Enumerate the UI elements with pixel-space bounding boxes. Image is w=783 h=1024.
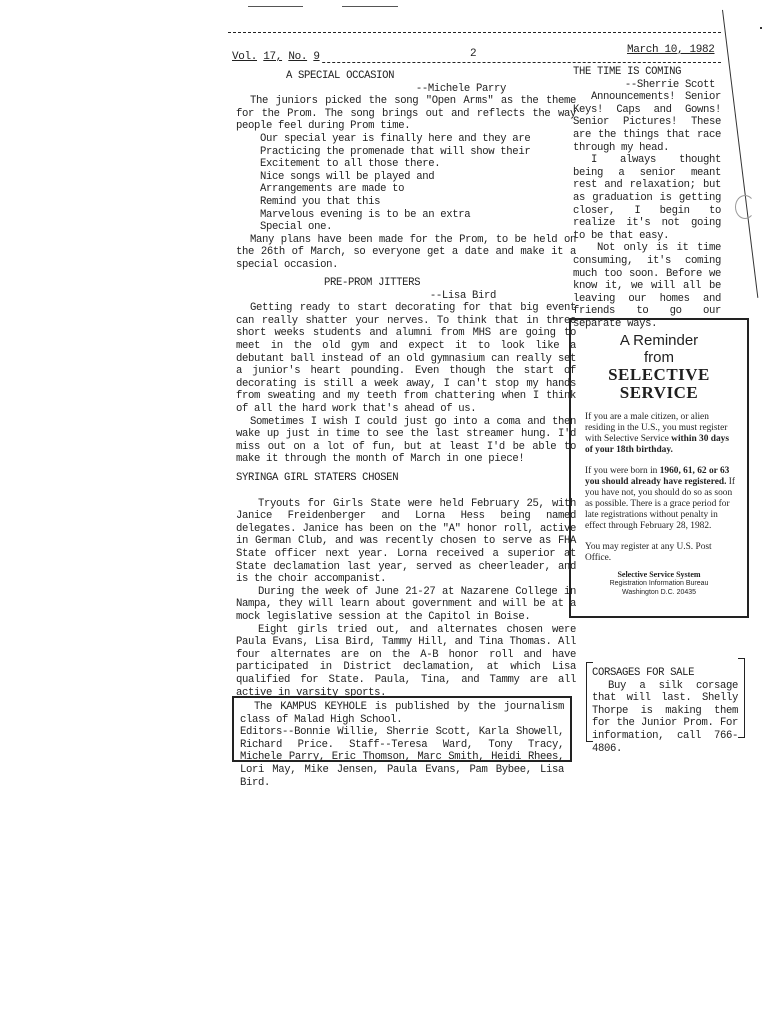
article-time-is-coming: THE TIME IS COMING --Sherrie Scott Annou… bbox=[573, 66, 721, 330]
article-paragraph: Eight girls tried out, and alternates ch… bbox=[236, 624, 576, 700]
article-paragraph: During the week of June 21-27 at Nazaren… bbox=[236, 586, 576, 624]
masthead-publisher: The KAMPUS KEYHOLE is published by the j… bbox=[240, 701, 564, 726]
notice-body: Buy a silk corsage that will last. Shell… bbox=[592, 680, 738, 756]
ad-paragraph: If you are a male citizen, or alien resi… bbox=[571, 412, 747, 456]
ad-heading-bold: SERVICE bbox=[571, 384, 747, 402]
article-paragraph: Announcements! Senior Keys! Caps and Gow… bbox=[573, 91, 721, 154]
article-paragraph: Tryouts for Girls State were held Februa… bbox=[236, 498, 576, 586]
scan-mark bbox=[342, 6, 398, 8]
ad-org: Selective Service System bbox=[571, 570, 747, 579]
volume-issue: Vol. 17, No. 9 bbox=[232, 51, 322, 64]
ad-paragraph: If you were born in 1960, 61, 62 or 63 y… bbox=[571, 466, 747, 532]
article-byline: --Michele Parry bbox=[236, 83, 576, 96]
selective-service-ad: A Reminder from SELECTIVE SERVICE If you… bbox=[569, 318, 749, 618]
article-byline: --Lisa Bird bbox=[236, 290, 576, 303]
masthead-staff: Editors--Bonnie Willie, Sherrie Scott, K… bbox=[240, 726, 564, 789]
issue-date: March 10, 1982 bbox=[627, 44, 715, 57]
article-title: PRE-PROM JITTERS bbox=[236, 277, 576, 290]
poem-line: Excitement to all those there. bbox=[236, 158, 576, 171]
poem-line: Nice songs will be played and bbox=[236, 171, 576, 184]
article-title: THE TIME IS COMING bbox=[573, 66, 721, 79]
poem-line: Marvelous evening is to be an extra bbox=[236, 209, 576, 222]
poem-line: Arrangements are made to bbox=[236, 183, 576, 196]
article-syringa-girl-staters: SYRINGA GIRL STATERS CHOSEN Tryouts for … bbox=[236, 472, 576, 699]
poem-line: Our special year is finally here and the… bbox=[236, 133, 576, 146]
article-title: A SPECIAL OCCASION bbox=[236, 70, 576, 83]
article-paragraph: Getting ready to start decorating for th… bbox=[236, 302, 576, 415]
ad-heading-bold: SELECTIVE bbox=[571, 366, 747, 384]
volume-label: Vol. bbox=[232, 51, 257, 63]
margin-rule bbox=[722, 10, 758, 298]
staff-masthead-box: The KAMPUS KEYHOLE is published by the j… bbox=[232, 696, 572, 762]
top-dashed-rule bbox=[228, 32, 721, 33]
ad-heading-line: from bbox=[571, 349, 747, 366]
notice-title: CORSAGES FOR SALE bbox=[592, 667, 738, 680]
ad-bureau: Registration Information Bureau bbox=[571, 579, 747, 588]
ad-footer: Selective Service System Registration In… bbox=[571, 570, 747, 597]
article-title: SYRINGA GIRL STATERS CHOSEN bbox=[236, 472, 576, 485]
poem-line: Practicing the promenade that will show … bbox=[236, 146, 576, 159]
ad-text: If you were born in bbox=[585, 466, 660, 476]
article-byline: --Sherrie Scott bbox=[573, 79, 721, 92]
ad-address: Washington D.C. 20435 bbox=[571, 588, 747, 597]
article-paragraph: The juniors picked the song "Open Arms" … bbox=[236, 95, 576, 133]
article-paragraph: Sometimes I wish I could just go into a … bbox=[236, 416, 576, 466]
volume-number: 17, bbox=[263, 51, 282, 63]
corsages-notice: CORSAGES FOR SALE Buy a silk corsage tha… bbox=[586, 663, 744, 739]
issue-number: 9 bbox=[313, 51, 319, 63]
article-pre-prom-jitters: PRE-PROM JITTERS --Lisa Bird Getting rea… bbox=[236, 277, 576, 466]
poem-line: Remind you that this bbox=[236, 196, 576, 209]
article-paragraph: Many plans have been made for the Prom, … bbox=[236, 234, 576, 272]
scan-speck bbox=[760, 27, 762, 29]
scan-mark bbox=[248, 6, 303, 8]
page-number: 2 bbox=[470, 48, 476, 61]
ad-paragraph: You may register at any U.S. Post Office… bbox=[571, 542, 747, 564]
poem-line: Special one. bbox=[236, 221, 576, 234]
article-special-occasion: A SPECIAL OCCASION --Michele Parry The j… bbox=[236, 70, 576, 272]
article-paragraph: I always thought being a senior meant re… bbox=[573, 154, 721, 242]
ad-heading-line: A Reminder bbox=[571, 332, 747, 349]
hole-punch-mark bbox=[735, 195, 755, 219]
number-label: No. bbox=[288, 51, 307, 63]
